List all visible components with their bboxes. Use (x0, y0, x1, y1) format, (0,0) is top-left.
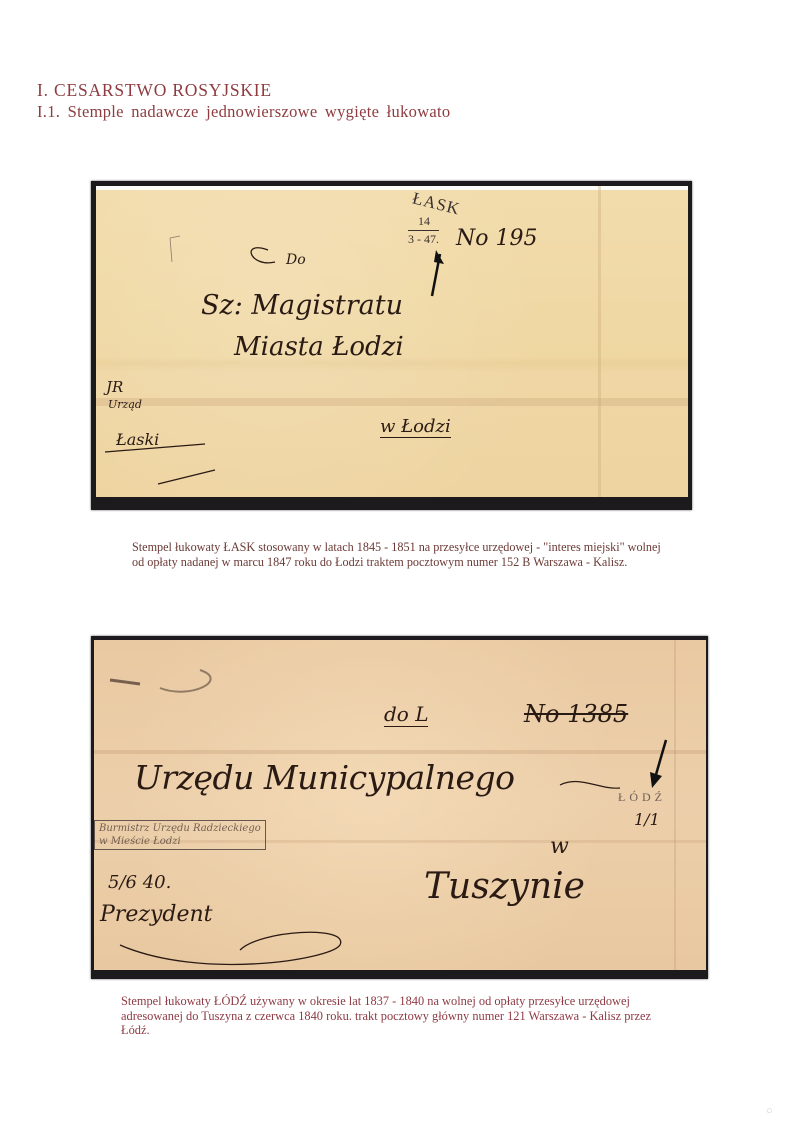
subsection-title: I.1. Stemple nadawcze jednowierszowe wyg… (37, 102, 450, 122)
address-line-4: Tuszynie (424, 866, 585, 907)
address-line-1: Do (286, 252, 306, 268)
manuscript-mark: 1/1 (634, 810, 660, 829)
sender-note-2: Urząd (108, 398, 142, 411)
section-title: I. CESARSTWO ROSYJSKIE (37, 80, 272, 101)
sender-note: Prezydent (100, 902, 212, 927)
cachet-line-2: w Mieście Łodzi (99, 835, 261, 848)
postmark-month-year: 3 - 47. (408, 230, 439, 247)
cachet-line-1: Burmistrz Urzędu Radzieckiego (99, 822, 261, 835)
sender-note-3: Łaski (116, 430, 159, 449)
date-note: 5/6 40. (108, 872, 171, 893)
address-line-3: w (550, 834, 569, 859)
address-line-2: Urzędu Municypalnego (134, 758, 514, 797)
number-mark: No 1385 (524, 700, 628, 728)
postmark-day: 14 (418, 214, 430, 229)
number-mark: No 195 (456, 226, 537, 251)
postmark-town: ŁÓDŹ (618, 790, 666, 805)
address-line-2: Sz: Magistratu (201, 290, 403, 321)
boxed-cachet: Burmistrz Urzędu Radzieckiego w Mieście … (94, 820, 266, 850)
caption-lask: Stempel łukowaty ŁASK stosowany w latach… (132, 540, 672, 569)
address-line-3: Miasta Łodzi (234, 332, 404, 362)
caption-lodz: Stempel łukowaty ŁÓDŹ używany w okresie … (121, 994, 681, 1038)
cover-image-lodz: do L No 1385 Urzędu Municypalnego ŁÓDŹ 1… (94, 640, 706, 970)
cover-image-lask: ŁASK 14 3 - 47. No 195 Do Sz: Magistratu… (96, 186, 688, 497)
page-mark: ○ (766, 1105, 773, 1117)
address-line-1: do L (384, 702, 428, 727)
address-line-4: w Łodzi (380, 416, 451, 438)
sender-note-1: JR (106, 378, 123, 396)
